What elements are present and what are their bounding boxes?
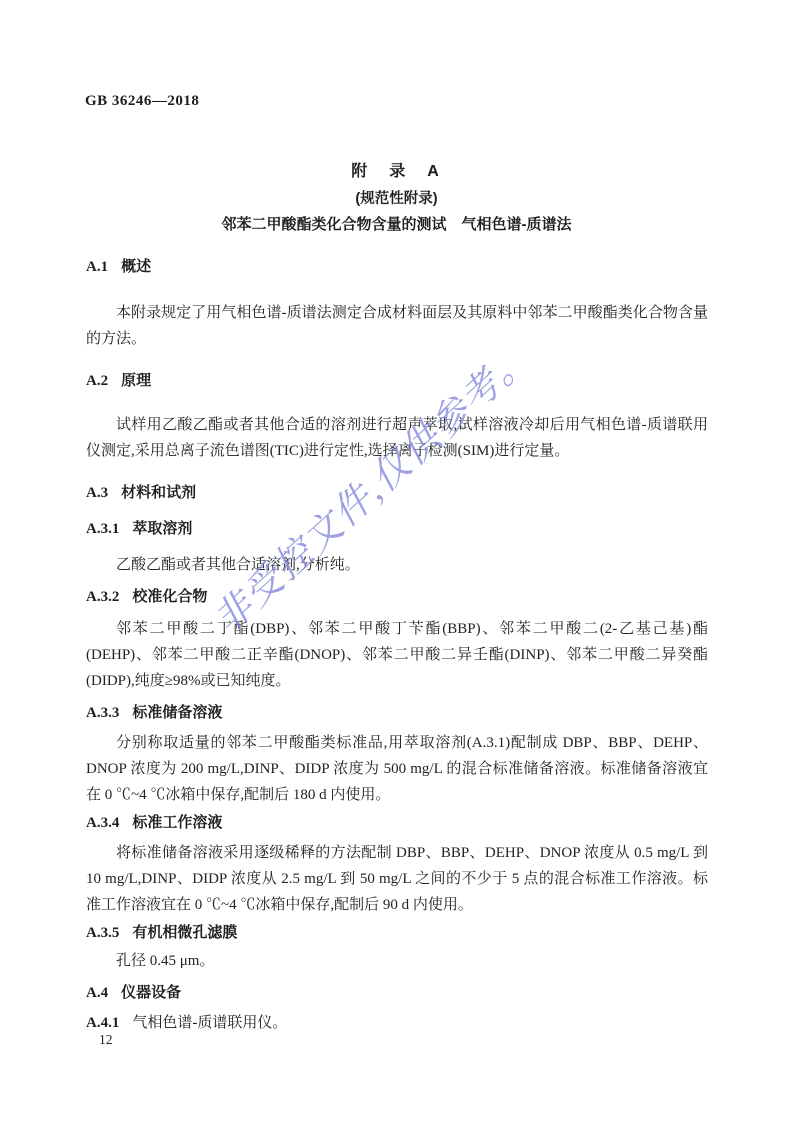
section-heading-a2: A.2原理 (86, 370, 708, 392)
section-paragraph-a3-2: 邻苯二甲酸二丁酯(DBP)、邻苯二甲酸丁苄酯(BBP)、邻苯二甲酸二(2-乙基己… (86, 616, 708, 694)
section-number: A.3.2 (86, 589, 119, 605)
section-title: 概述 (121, 258, 151, 275)
page-number: 12 (99, 1032, 113, 1048)
section-number: A.3.4 (86, 815, 119, 831)
section-paragraph-a3-5: 孔径 0.45 μm。 (86, 948, 708, 974)
section-paragraph-a3-4: 将标准储备溶液采用逐级稀释的方法配制 DBP、BBP、DEHP、DNOP 浓度从… (86, 840, 708, 918)
section-title: 材料和试剂 (121, 484, 196, 501)
section-number: A.1 (86, 259, 108, 275)
section-paragraph-a3-1: 乙酸乙酯或者其他合适溶剂,分析纯。 (86, 552, 708, 578)
appendix-title-line3: 邻苯二甲酸酯类化合物含量的测试 气相色谱-质谱法 (0, 213, 793, 234)
section-paragraph-a3-3: 分别称取适量的邻苯二甲酸酯类标准品,用萃取溶剂(A.3.1)配制成 DBP、BB… (86, 730, 708, 808)
section-title: 有机相微孔滤膜 (132, 924, 237, 941)
section-title: 仪器设备 (121, 984, 181, 1001)
section-heading-a3-3: A.3.3标准储备溶液 (86, 702, 708, 724)
section-heading-a3-2: A.3.2校准化合物 (86, 586, 708, 608)
section-heading-a4-1: A.4.1气相色谱-质谱联用仪。 (86, 1012, 708, 1034)
section-title: 萃取溶剂 (132, 520, 192, 537)
document-page: GB 36246—2018 非受控文件,仅供参考。 附 录 A (规范性附录) … (0, 0, 793, 1122)
section-heading-a3-5: A.3.5有机相微孔滤膜 (86, 922, 708, 944)
section-number: A.4 (86, 985, 108, 1001)
section-number: A.3.1 (86, 521, 119, 537)
standard-code: GB 36246—2018 (85, 93, 199, 110)
section-heading-a3-1: A.3.1萃取溶剂 (86, 518, 708, 540)
section-run-in-text: 气相色谱-质谱联用仪。 (132, 1015, 287, 1031)
section-paragraph-a2: 试样用乙酸乙酯或者其他合适的溶剂进行超声萃取,试样溶液冷却后用气相色谱-质谱联用… (86, 412, 708, 464)
section-paragraph-a1: 本附录规定了用气相色谱-质谱法测定合成材料面层及其原料中邻苯二甲酸酯类化合物含量… (86, 300, 708, 352)
section-heading-a4: A.4仪器设备 (86, 982, 708, 1004)
section-number: A.3.3 (86, 705, 119, 721)
section-title: 校准化合物 (132, 588, 207, 605)
section-title: 标准储备溶液 (132, 704, 222, 721)
appendix-title-block: 附 录 A (规范性附录) 邻苯二甲酸酯类化合物含量的测试 气相色谱-质谱法 (0, 158, 793, 234)
section-title: 原理 (121, 372, 151, 389)
document-body: A.1概述 本附录规定了用气相色谱-质谱法测定合成材料面层及其原料中邻苯二甲酸酯… (86, 256, 708, 1034)
section-heading-a3: A.3材料和试剂 (86, 482, 708, 504)
appendix-title-line1: 附 录 A (0, 158, 793, 181)
section-title: 标准工作溶液 (132, 814, 222, 831)
appendix-title-line2: (规范性附录) (0, 187, 793, 208)
section-number: A.3.5 (86, 925, 119, 941)
section-number: A.4.1 (86, 1015, 119, 1031)
section-number: A.3 (86, 485, 108, 501)
section-number: A.2 (86, 373, 108, 389)
section-heading-a1: A.1概述 (86, 256, 708, 278)
section-heading-a3-4: A.3.4标准工作溶液 (86, 812, 708, 834)
